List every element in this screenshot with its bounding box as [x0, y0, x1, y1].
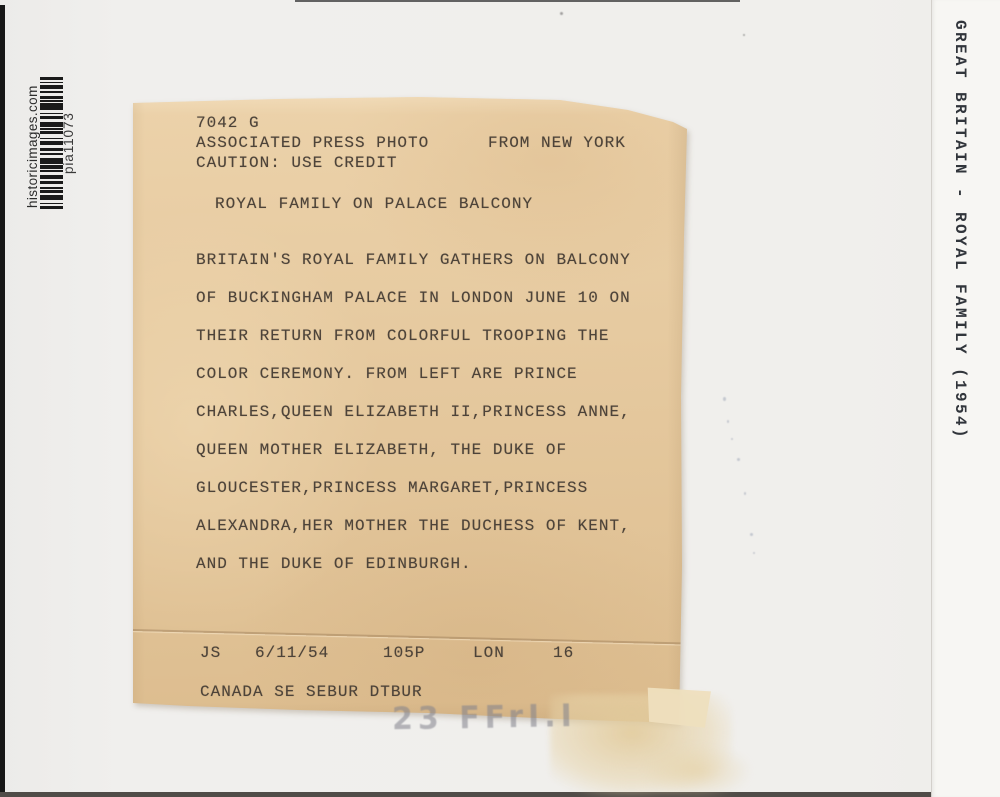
watermark-site-text: historicimages.com [25, 85, 40, 208]
caption-line: QUEEN MOTHER ELIZABETH, THE DUKE OF [196, 431, 631, 469]
caption-line: COLOR CEREMONY. FROM LEFT ARE PRINCE [196, 355, 631, 393]
pencil-speck [753, 552, 755, 554]
dust-speck [560, 12, 563, 15]
caption-line: CHARLES,QUEEN ELIZABETH II,PRINCESS ANNE… [196, 393, 631, 431]
archive-category-label: GREAT BRITAIN - ROYAL FAMILY (1954) [951, 20, 969, 440]
routing-line: CANADA SE SEBUR DTBUR [200, 683, 423, 701]
caption-line: AND THE DUKE OF EDINBURGH. [196, 545, 631, 583]
caption-line: ALEXANDRA,HER MOTHER THE DUCHESS OF KENT… [196, 507, 631, 545]
transmission-line: JS 6/11/54 105P LON 16 [128, 644, 690, 666]
sequence-number: 16 [553, 644, 574, 662]
caption-line: THEIR RETURN FROM COLORFUL TROOPING THE [196, 317, 631, 355]
watermark-photo-id: pia11073 [61, 112, 76, 174]
bureau-code: LON [473, 644, 505, 662]
photo-number: 7042 G [196, 113, 429, 133]
date-stamp: 23 FFrI.I [392, 698, 577, 738]
pencil-speck [723, 397, 726, 401]
glue-stain-small [640, 743, 752, 797]
caption-line: GLOUCESTER,PRINCESS MARGARET,PRINCESS [196, 469, 631, 507]
origin-city: FROM NEW YORK [488, 133, 626, 153]
dust-speck [743, 34, 745, 36]
transmission-time: 105P [383, 644, 425, 662]
scan-edge-left [0, 5, 5, 795]
caption-header: 7042 G ASSOCIATED PRESS PHOTO FROM NEW Y… [196, 113, 429, 173]
pencil-speck [750, 533, 753, 536]
caption-line: OF BUCKINGHAM PALACE IN LONDON JUNE 10 O… [196, 279, 631, 317]
caption-body: BRITAIN'S ROYAL FAMILY GATHERS ON BALCON… [196, 241, 631, 583]
transmission-date: 6/11/54 [255, 644, 329, 662]
caption-slip: 7042 G ASSOCIATED PRESS PHOTO FROM NEW Y… [128, 96, 690, 728]
agency-name: ASSOCIATED PRESS PHOTO [196, 134, 429, 152]
credit-caution: CAUTION: USE CREDIT [196, 153, 429, 173]
pencil-speck [727, 420, 729, 423]
photo-backing-right-strip: GREAT BRITAIN - ROYAL FAMILY (1954) [931, 0, 1000, 797]
pencil-speck [731, 438, 733, 440]
pencil-speck [737, 458, 740, 461]
pencil-speck [744, 492, 746, 495]
caption-line: BRITAIN'S ROYAL FAMILY GATHERS ON BALCON… [196, 241, 631, 279]
scan-edge-bottom [0, 792, 1000, 797]
press-photo-back: GREAT BRITAIN - ROYAL FAMILY (1954) hist… [0, 0, 1000, 797]
caption-title: ROYAL FAMILY ON PALACE BALCONY [215, 195, 533, 213]
agency-line: ASSOCIATED PRESS PHOTO FROM NEW YORK [196, 133, 429, 153]
operator-initials: JS [200, 644, 221, 662]
barcode [40, 77, 63, 209]
scan-edge-top [295, 0, 740, 2]
